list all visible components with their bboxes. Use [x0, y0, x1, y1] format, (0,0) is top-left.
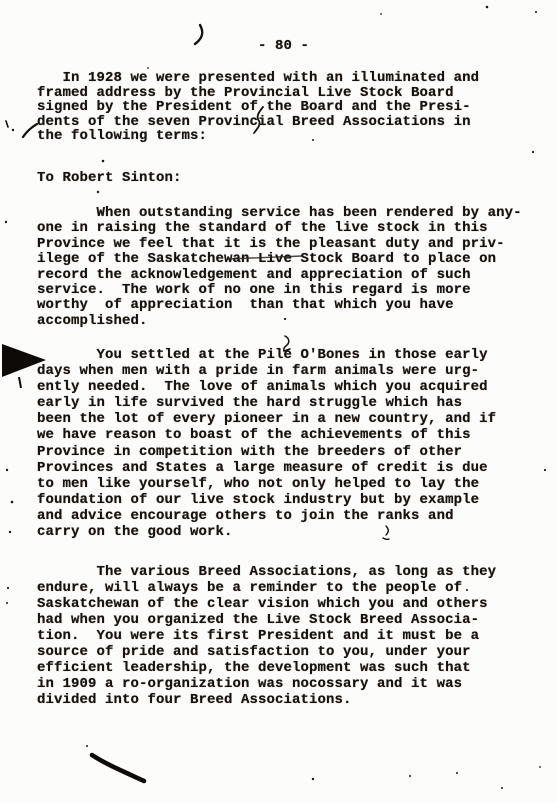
paragraph-quote-2: You settled at the Pile O'Bones in those…: [37, 347, 496, 540]
scanned-document-page: - 80 - In 1928 we were presented with an…: [0, 0, 557, 803]
margin-tick-dot: [12, 129, 14, 131]
margin-tick-mark: [6, 121, 8, 127]
salutation-line: To Robert Sinton:: [37, 171, 182, 186]
paragraph-quote-3: The various Breed Associations, as long …: [37, 564, 496, 708]
dents-slash-mark: [23, 124, 37, 137]
bottom-pen-stroke-mark: [92, 755, 144, 781]
paragraph-intro: In 1928 we were presented with an illumi…: [37, 71, 479, 144]
margin-arrow-tail: [19, 377, 21, 388]
page-number: - 80 -: [258, 39, 309, 53]
paragraph-quote-1: When outstanding service has been render…: [37, 206, 522, 329]
top-pen-curl-mark: [195, 25, 202, 44]
